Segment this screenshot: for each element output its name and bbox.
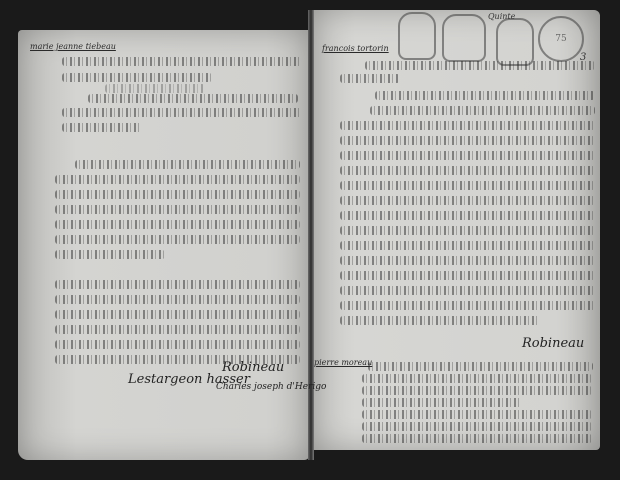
handwritten-line <box>340 181 595 190</box>
handwritten-line <box>370 106 595 115</box>
handwritten-line <box>55 220 300 229</box>
tax-stamp-center <box>442 14 486 62</box>
handwritten-line <box>368 362 593 371</box>
handwritten-line <box>62 57 302 66</box>
left-margin-note: marie jeanne tiebeau <box>30 42 116 51</box>
tax-stamp-left <box>398 12 436 60</box>
handwritten-line <box>55 190 300 199</box>
handwritten-line <box>340 226 595 235</box>
signature-herigo: Charles joseph d'Herigo <box>216 382 326 392</box>
handwritten-line <box>62 73 212 82</box>
handwritten-line <box>55 295 300 304</box>
binding-fold <box>308 10 314 460</box>
handwritten-line <box>340 211 595 220</box>
handwritten-line <box>375 91 595 100</box>
handwritten-line <box>340 121 595 130</box>
handwritten-line <box>88 94 298 103</box>
handwritten-line <box>340 271 595 280</box>
handwritten-line <box>362 386 592 395</box>
handwritten-line <box>340 241 595 250</box>
handwritten-line <box>55 250 165 259</box>
right-margin-note: francois tortorin <box>322 44 389 53</box>
round-stamp: 75 <box>538 16 584 62</box>
handwritten-line <box>340 151 595 160</box>
lower-margin-note: pierre moreau <box>314 358 372 367</box>
handwritten-line <box>340 301 595 310</box>
handwritten-line <box>362 410 592 419</box>
tax-stamp-right <box>496 18 534 66</box>
handwritten-line <box>340 316 540 325</box>
handwritten-line <box>55 340 300 349</box>
corner-note: Quinte <box>488 12 515 21</box>
handwritten-line <box>55 280 300 289</box>
handwritten-line <box>62 123 142 132</box>
handwritten-line <box>362 434 592 443</box>
handwritten-line <box>55 205 300 214</box>
handwritten-line <box>55 325 300 334</box>
handwritten-line <box>340 286 595 295</box>
handwritten-line <box>365 61 595 70</box>
handwritten-line <box>362 374 592 383</box>
handwritten-line <box>362 398 522 407</box>
handwritten-line <box>340 166 595 175</box>
handwritten-line <box>55 310 300 319</box>
handwritten-line <box>62 108 302 117</box>
handwritten-line <box>105 84 205 93</box>
handwritten-line <box>340 196 595 205</box>
handwritten-line <box>340 256 595 265</box>
handwritten-line <box>340 136 595 145</box>
handwritten-line <box>362 422 592 431</box>
signature-robineau-left: Robineau <box>222 360 284 375</box>
handwritten-line <box>55 235 300 244</box>
handwritten-line <box>340 74 400 83</box>
handwritten-line <box>75 160 300 169</box>
handwritten-line <box>55 175 300 184</box>
signature-robineau-right: Robineau <box>522 336 584 351</box>
